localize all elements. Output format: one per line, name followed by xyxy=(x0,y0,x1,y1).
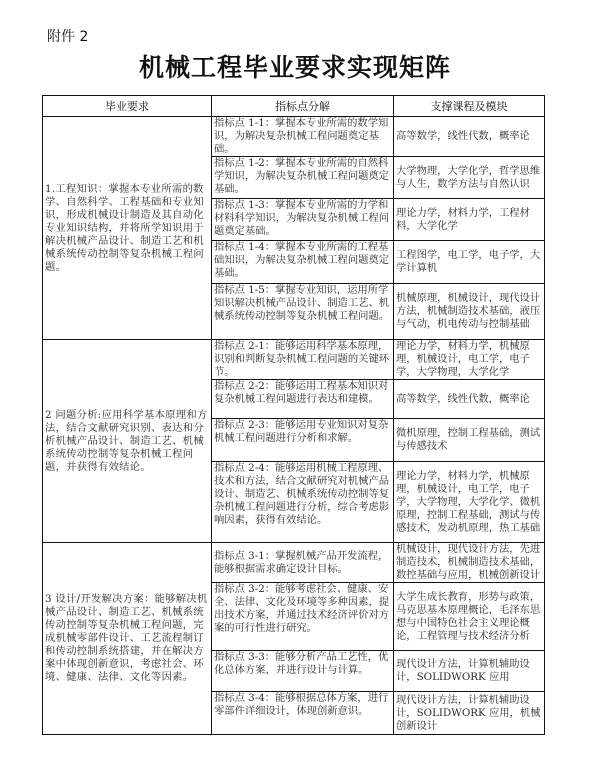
table-header-row: 毕业要求 指标点分解 支撑课程及模块 xyxy=(43,96,545,117)
indicator-cell: 指标点 3-2：能够考虑社会、健康、安全、法律、文化及环境等多种因素，提出技术方… xyxy=(212,583,394,651)
document-title: 机械工程毕业要求实现矩阵 xyxy=(0,48,590,84)
indicator-cell: 指标点 1-2：掌握本专业所需的自然科学知识，为解决复杂机械工程问题奠定基础。 xyxy=(212,157,394,199)
indicator-cell: 指标点 1-3：掌握本专业所需的力学和材料科学知识，为解决复杂机械工程问题奠定基… xyxy=(212,199,394,241)
courses-cell: 理论力学，材料力学，工程材料，大学化学 xyxy=(394,199,545,241)
courses-cell: 高等数学，线性代数，概率论 xyxy=(394,117,545,157)
indicator-cell: 指标点 1-4：掌握本专业所需的工程基础知识，为解决复杂机械工程问题奠定基础。 xyxy=(212,241,394,284)
requirement-cell-2: 2 问题分析:应用科学基本原理和方法，结合文献研究识别、表达和分析机械产品设计、… xyxy=(43,340,212,543)
header-indicator: 指标点分解 xyxy=(212,96,394,117)
requirement-cell-3: 3 设计/开发解决方案：能够解决机械产品设计、制造工艺、机械系统传动控制等复杂机… xyxy=(43,543,212,735)
table-row: 3 设计/开发解决方案：能够解决机械产品设计、制造工艺、机械系统传动控制等复杂机… xyxy=(43,543,545,583)
courses-cell: 理论力学，材料力学，机械原理，机械设计，电工学，电子学，大学物理，大学化学 xyxy=(394,340,545,380)
indicator-cell: 指标点 2-2：能够运用工程基本知识对复杂机械工程问题进行表达和建模。 xyxy=(212,380,394,419)
courses-cell: 机械设计，现代设计方法，先进制造技术，机械制造技术基础，数控基础与应用，机械创新… xyxy=(394,543,545,583)
header-courses: 支撑课程及模块 xyxy=(394,96,545,117)
requirements-matrix-table: 毕业要求 指标点分解 支撑课程及模块 1.工程知识：掌握本专业所需的数学、自然科… xyxy=(42,95,545,735)
indicator-cell: 指标点 2-3：能够运用专业知识对复杂机械工程问题进行分析和求解。 xyxy=(212,419,394,462)
indicator-cell: 指标点 3-1：掌握机械产品开发流程，能够根据需求确定设计目标。 xyxy=(212,543,394,583)
courses-cell: 大学物理，大学化学，哲学思维与人生，数学方法与自然认识 xyxy=(394,157,545,199)
courses-cell: 理论力学，材料力学，机械原理，机械设计，电工学，电子学，大学物理，大学化学、微机… xyxy=(394,462,545,543)
courses-cell: 大学生成长教育，形势与政策，马克思基本原理概论，毛泽东思想与中国特色社会主义理论… xyxy=(394,583,545,651)
courses-cell: 机械原理，机械设计，现代设计方法，机械制造技术基础，液压与气动，机电传动与控制基… xyxy=(394,284,545,340)
courses-cell: 现代设计方法，计算机辅助设计，SOLIDWORK 应用，机械创新设计 xyxy=(394,692,545,735)
indicator-cell: 指标点 2-1：能够运用科学基本原理，识别和判断复杂机械工程问题的关键环节。 xyxy=(212,340,394,380)
courses-cell: 高等数学，线性代数，概率论 xyxy=(394,380,545,419)
indicator-cell: 指标点 3-3：能够分析产品工艺性，优化总体方案，并进行设计与计算。 xyxy=(212,651,394,692)
courses-cell: 工程图学，电工学，电子学，大学计算机 xyxy=(394,241,545,284)
indicator-cell: 指标点 3-4：能够根据总体方案，进行零部件详细设计，体现创新意识。 xyxy=(212,692,394,735)
requirement-cell-1: 1.工程知识：掌握本专业所需的数学、自然科学、工程基础和专业知识，形成机械设计制… xyxy=(43,117,212,340)
indicator-cell: 指标点 1-5：掌握专业知识，运用所学知识解决机械产品设计、制造工艺、机械系统传… xyxy=(212,284,394,340)
indicator-cell: 指标点 1-1：掌握本专业所需的数学知识，为解决复杂机械工程问题奠定基础。 xyxy=(212,117,394,157)
indicator-cell: 指标点 2-4：能够运用机械工程原理、技术和方法，结合文献研究对机械产品设计、制… xyxy=(212,462,394,543)
table-row: 2 问题分析:应用科学基本原理和方法，结合文献研究识别、表达和分析机械产品设计、… xyxy=(43,340,545,380)
attachment-label: 附件 2 xyxy=(47,26,88,46)
courses-cell: 现代设计方法，计算机辅助设计，SOLIDWORK 应用 xyxy=(394,651,545,692)
table-row: 1.工程知识：掌握本专业所需的数学、自然科学、工程基础和专业知识，形成机械设计制… xyxy=(43,117,545,157)
courses-cell: 微机原理，控制工程基础，测试与传感技术 xyxy=(394,419,545,462)
header-requirement: 毕业要求 xyxy=(43,96,212,117)
